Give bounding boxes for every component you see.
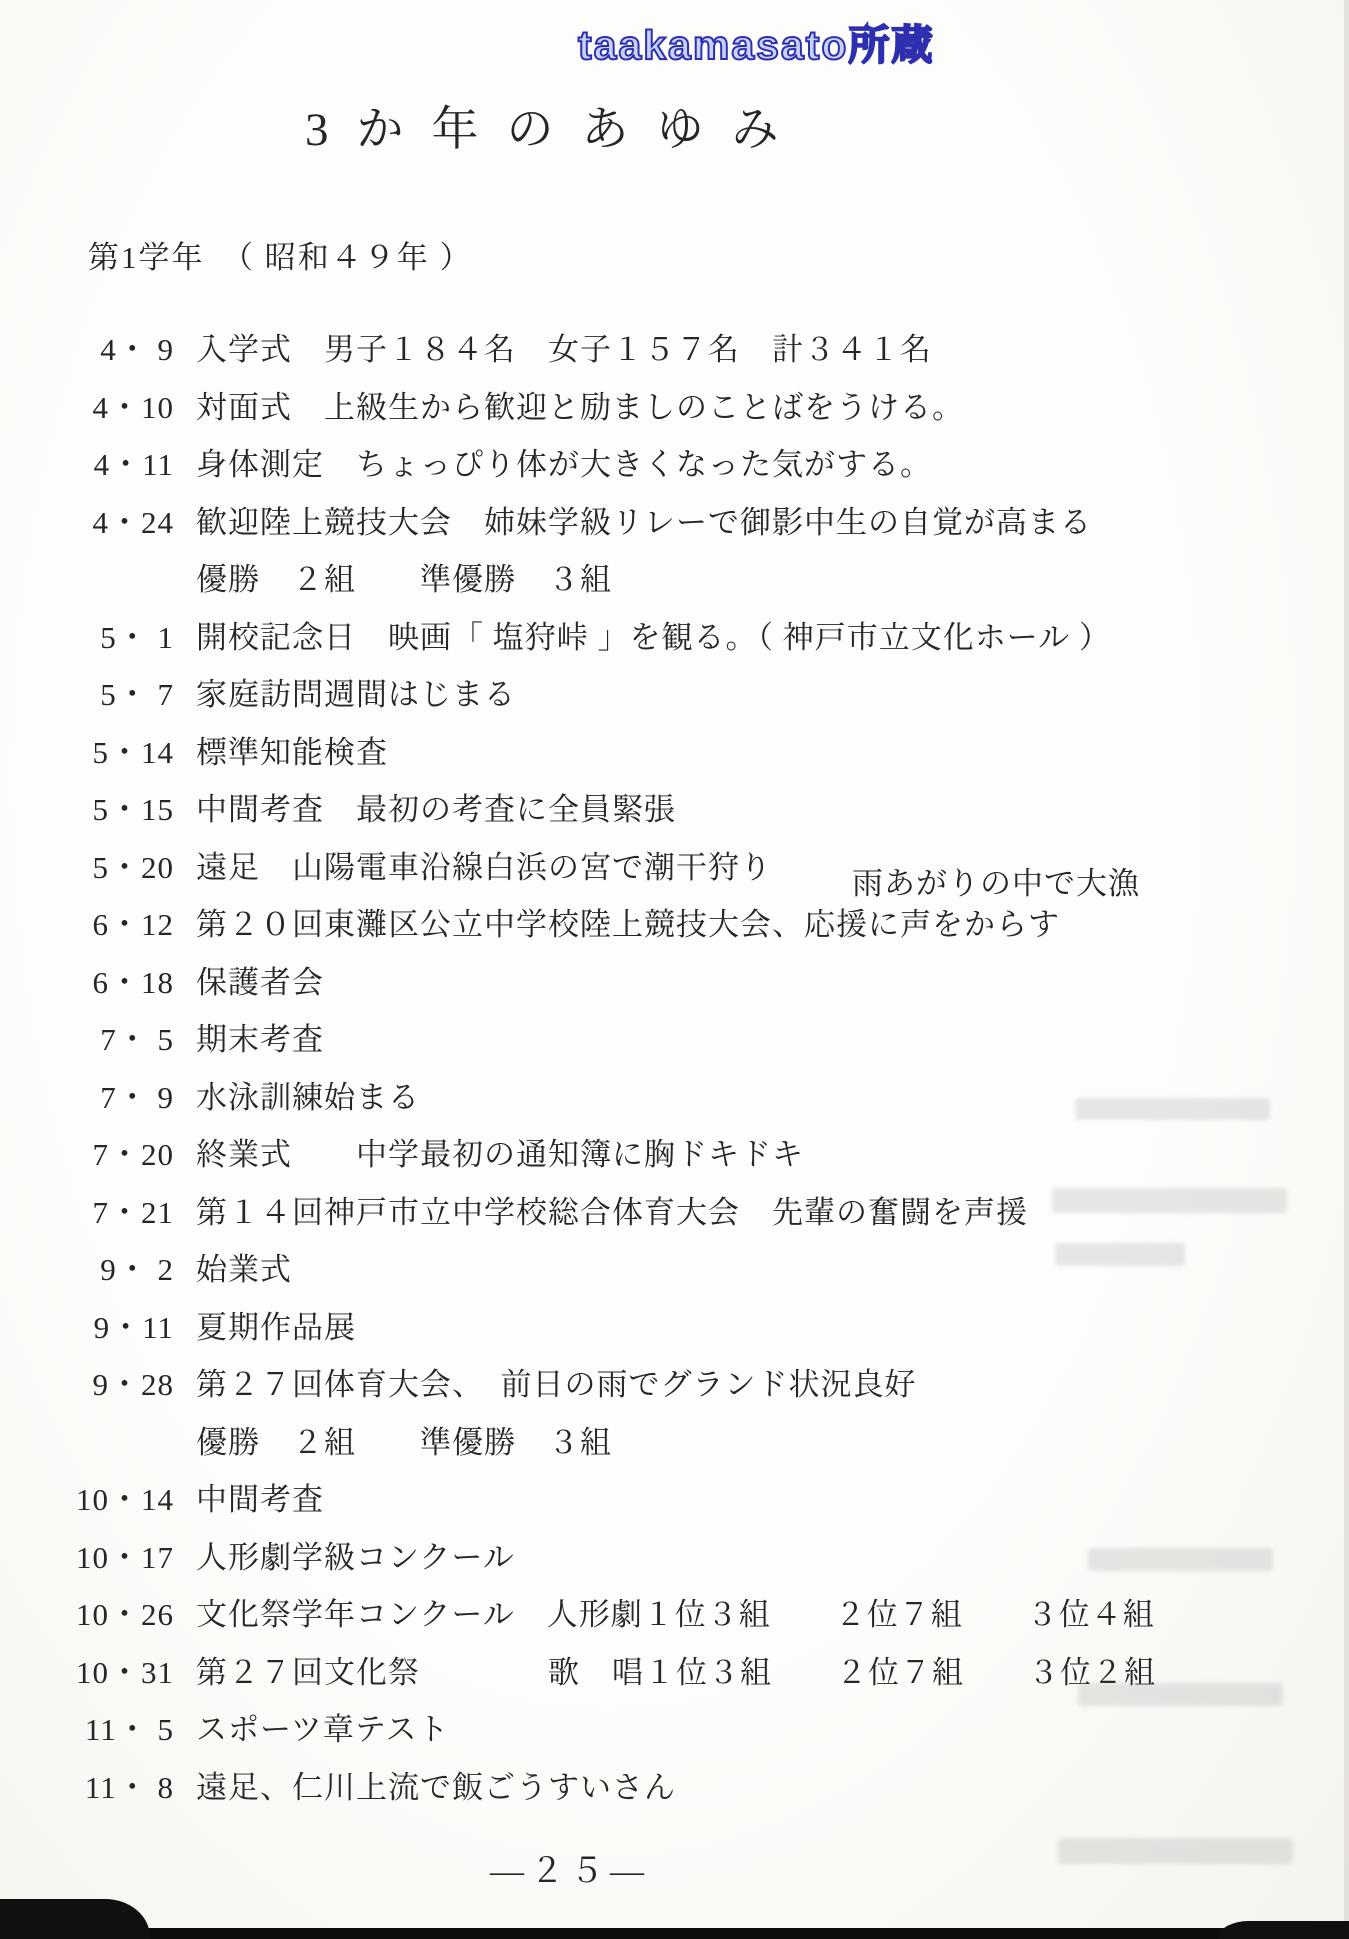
event-text-main: 第２７回文化祭 歌 唱１位３組 ２位７組 ３位２組 bbox=[196, 1655, 1156, 1690]
event-text: 遠足、仁川上流で飯ごうすいさん bbox=[196, 1762, 1349, 1807]
page-bleed-through bbox=[1075, 1098, 1270, 1120]
scan-edge-bottom bbox=[0, 1928, 1349, 1939]
event-text: 身体測定 ちょっぴり体が大きくなった気がする。 bbox=[196, 439, 1349, 484]
event-row: 6・12 第２０回東灘区公立中学校陸上競技大会、応援に声をからす bbox=[40, 893, 1349, 951]
event-text-main: 歓迎陸上競技大会 姉妹学級リレーで御影中生の自覚が高まる bbox=[196, 505, 1092, 540]
event-text-main: 夏期作品展 bbox=[196, 1310, 356, 1345]
event-text-main: 優勝 ２組 準優勝 ３組 bbox=[196, 1425, 612, 1460]
event-text-main: 期末考査 bbox=[196, 1022, 324, 1057]
scan-corner-shadow-left bbox=[0, 1899, 150, 1939]
event-row: 11・ 8 遠足、仁川上流で飯ごうすいさん bbox=[40, 1756, 1349, 1814]
event-date: 9・11 bbox=[40, 1302, 174, 1347]
event-row: 優勝 ２組 準優勝 ３組 bbox=[40, 548, 1349, 606]
event-date: 6・12 bbox=[40, 899, 174, 944]
event-text: 優勝 ２組 準優勝 ３組 bbox=[196, 1417, 1349, 1462]
event-text: 優勝 ２組 準優勝 ３組 bbox=[196, 554, 1349, 599]
event-row: 9・28 第２７回体育大会、 前日の雨でグランド状況良好 bbox=[40, 1353, 1349, 1411]
event-text: 文化祭学年コンクール 人形劇１位３組 ２位７組 ３位４組 bbox=[196, 1589, 1349, 1634]
event-text-main: 終業式 中学最初の通知簿に胸ドキドキ bbox=[196, 1137, 804, 1172]
event-text-main: 人形劇学級コンクール bbox=[196, 1540, 515, 1575]
document-page: taakamasato所蔵 3か年のあゆみ 第1学年 （ 昭和４９年 ） 4・ … bbox=[0, 0, 1349, 1939]
event-date: 10・26 bbox=[40, 1589, 174, 1634]
event-text-main: 遠足 山陽電車沿線白浜の宮で潮干狩り bbox=[196, 850, 772, 885]
event-text: 標準知能検査 bbox=[196, 727, 1349, 772]
page-bleed-through bbox=[1088, 1548, 1273, 1571]
event-text-main: スポーツ章テスト bbox=[196, 1712, 450, 1747]
event-text-main: 入学式 男子１８４名 女子１５７名 計３４１名 bbox=[196, 332, 932, 367]
scan-edge-shadow bbox=[1344, 0, 1349, 1939]
event-row: 7・ 5 期末考査 bbox=[40, 1008, 1349, 1066]
event-date: 5・15 bbox=[40, 784, 174, 829]
event-list: 4・ 9 入学式 男子１８４名 女子１５７名 計３４１名 4・10 対面式 上級… bbox=[40, 318, 1349, 1813]
event-row: 5・20 遠足 山陽電車沿線白浜の宮で潮干狩り雨あがりの中で大漁 bbox=[40, 836, 1349, 894]
event-text: 入学式 男子１８４名 女子１５７名 計３４１名 bbox=[196, 324, 1349, 369]
scan-corner-shadow-right bbox=[1219, 1921, 1349, 1939]
event-date: 5・20 bbox=[40, 842, 174, 887]
event-row: 4・10 対面式 上級生から歓迎と励ましのことばをうける。 bbox=[40, 376, 1349, 434]
event-date: 10・17 bbox=[40, 1532, 174, 1577]
event-date: 5・14 bbox=[40, 727, 174, 772]
event-text: 中間考査 bbox=[196, 1474, 1349, 1519]
event-text: 家庭訪問週間はじまる bbox=[196, 669, 1349, 714]
event-text: 第２７回体育大会、 前日の雨でグランド状況良好 bbox=[196, 1359, 1349, 1404]
event-row: 4・11 身体測定 ちょっぴり体が大きくなった気がする。 bbox=[40, 433, 1349, 491]
event-date: 6・18 bbox=[40, 957, 174, 1002]
event-row: 10・26 文化祭学年コンクール 人形劇１位３組 ２位７組 ３位４組 bbox=[40, 1583, 1349, 1641]
event-date: 11・ 5 bbox=[40, 1704, 174, 1749]
event-date: 10・31 bbox=[40, 1647, 174, 1692]
event-date: 11・ 8 bbox=[40, 1762, 174, 1807]
event-date: 10・14 bbox=[40, 1474, 174, 1519]
event-date: 4・11 bbox=[40, 439, 174, 484]
event-text-main: 対面式 上級生から歓迎と励ましのことばをうける。 bbox=[196, 390, 964, 425]
event-text-main: 標準知能検査 bbox=[196, 735, 388, 770]
event-row: 4・ 9 入学式 男子１８４名 女子１５７名 計３４１名 bbox=[40, 318, 1349, 376]
page-bleed-through bbox=[1078, 1683, 1283, 1706]
event-date: 5・ 1 bbox=[40, 612, 174, 657]
event-row: 10・14 中間考査 bbox=[40, 1468, 1349, 1526]
event-text-main: 優勝 ２組 準優勝 ３組 bbox=[196, 562, 612, 597]
event-text: 夏期作品展 bbox=[196, 1302, 1349, 1347]
event-date: 9・ 2 bbox=[40, 1244, 174, 1289]
page-bleed-through bbox=[1055, 1243, 1185, 1266]
event-date: 4・10 bbox=[40, 382, 174, 427]
event-text-main: 開校記念日 映画「 塩狩峠 」を観る。（ 神戸市立文化ホール ） bbox=[196, 620, 1111, 655]
section-heading-first-year: 第1学年 （ 昭和４９年 ） bbox=[88, 232, 473, 277]
page-title: 3か年のあゆみ bbox=[305, 92, 807, 159]
event-row: 9・11 夏期作品展 bbox=[40, 1296, 1349, 1354]
event-text: 第２０回東灘区公立中学校陸上競技大会、応援に声をからす bbox=[196, 899, 1349, 944]
event-text-main: 始業式 bbox=[196, 1252, 292, 1287]
event-text: 終業式 中学最初の通知簿に胸ドキドキ bbox=[196, 1129, 1349, 1174]
event-text: スポーツ章テスト bbox=[196, 1704, 1349, 1749]
event-text: 中間考査 最初の考査に全員緊張 bbox=[196, 784, 1349, 829]
event-text-main: 文化祭学年コンクール 人形劇１位３組 ２位７組 ３位４組 bbox=[196, 1597, 1155, 1632]
event-date: 7・20 bbox=[40, 1129, 174, 1174]
event-text: 保護者会 bbox=[196, 957, 1349, 1002]
event-text-main: 第２７回体育大会、 前日の雨でグランド状況良好 bbox=[196, 1367, 917, 1402]
event-text: 開校記念日 映画「 塩狩峠 」を観る。（ 神戸市立文化ホール ） bbox=[196, 612, 1349, 657]
event-date: 9・28 bbox=[40, 1359, 174, 1404]
event-text-main: 遠足、仁川上流で飯ごうすいさん bbox=[196, 1770, 676, 1805]
event-row: 7・20 終業式 中学最初の通知簿に胸ドキドキ bbox=[40, 1123, 1349, 1181]
event-row: 5・ 1 開校記念日 映画「 塩狩峠 」を観る。（ 神戸市立文化ホール ） bbox=[40, 606, 1349, 664]
event-text-main: 水泳訓練始まる bbox=[196, 1080, 420, 1115]
event-text-main: 保護者会 bbox=[196, 965, 324, 1000]
event-text: 対面式 上級生から歓迎と励ましのことばをうける。 bbox=[196, 382, 1349, 427]
page-bleed-through bbox=[1052, 1188, 1287, 1213]
event-date: 4・24 bbox=[40, 497, 174, 542]
event-text: 遠足 山陽電車沿線白浜の宮で潮干狩り雨あがりの中で大漁 bbox=[196, 842, 1349, 887]
event-text: 期末考査 bbox=[196, 1014, 1349, 1059]
event-date: 7・ 9 bbox=[40, 1072, 174, 1117]
collection-watermark: taakamasato所蔵 bbox=[578, 12, 934, 71]
event-text-main: 家庭訪問週間はじまる bbox=[196, 677, 516, 712]
event-row: 4・24 歓迎陸上競技大会 姉妹学級リレーで御影中生の自覚が高まる bbox=[40, 491, 1349, 549]
event-row: 5・14 標準知能検査 bbox=[40, 721, 1349, 779]
event-date: 4・ 9 bbox=[40, 324, 174, 369]
event-text-main: 身体測定 ちょっぴり体が大きくなった気がする。 bbox=[196, 447, 932, 482]
event-note: 雨あがりの中で大漁 bbox=[852, 858, 1140, 903]
event-date: 7・ 5 bbox=[40, 1014, 174, 1059]
page-bleed-through bbox=[1058, 1838, 1293, 1864]
event-text-main: 中間考査 最初の考査に全員緊張 bbox=[196, 792, 676, 827]
event-row: 11・ 5 スポーツ章テスト bbox=[40, 1698, 1349, 1756]
event-date: 5・ 7 bbox=[40, 669, 174, 714]
event-text-main: 第２０回東灘区公立中学校陸上競技大会、応援に声をからす bbox=[196, 907, 1060, 942]
event-text-main: 中間考査 bbox=[196, 1482, 324, 1517]
event-row: 5・ 7 家庭訪問週間はじまる bbox=[40, 663, 1349, 721]
event-date: 7・21 bbox=[40, 1187, 174, 1232]
event-text-main: 第１４回神戸市立中学校総合体育大会 先輩の奮闘を声援 bbox=[196, 1195, 1028, 1230]
event-text: 歓迎陸上競技大会 姉妹学級リレーで御影中生の自覚が高まる bbox=[196, 497, 1349, 542]
event-row: 優勝 ２組 準優勝 ３組 bbox=[40, 1411, 1349, 1469]
event-row: 6・18 保護者会 bbox=[40, 951, 1349, 1009]
page-number: —２５— bbox=[490, 1843, 650, 1892]
event-row: 5・15 中間考査 最初の考査に全員緊張 bbox=[40, 778, 1349, 836]
